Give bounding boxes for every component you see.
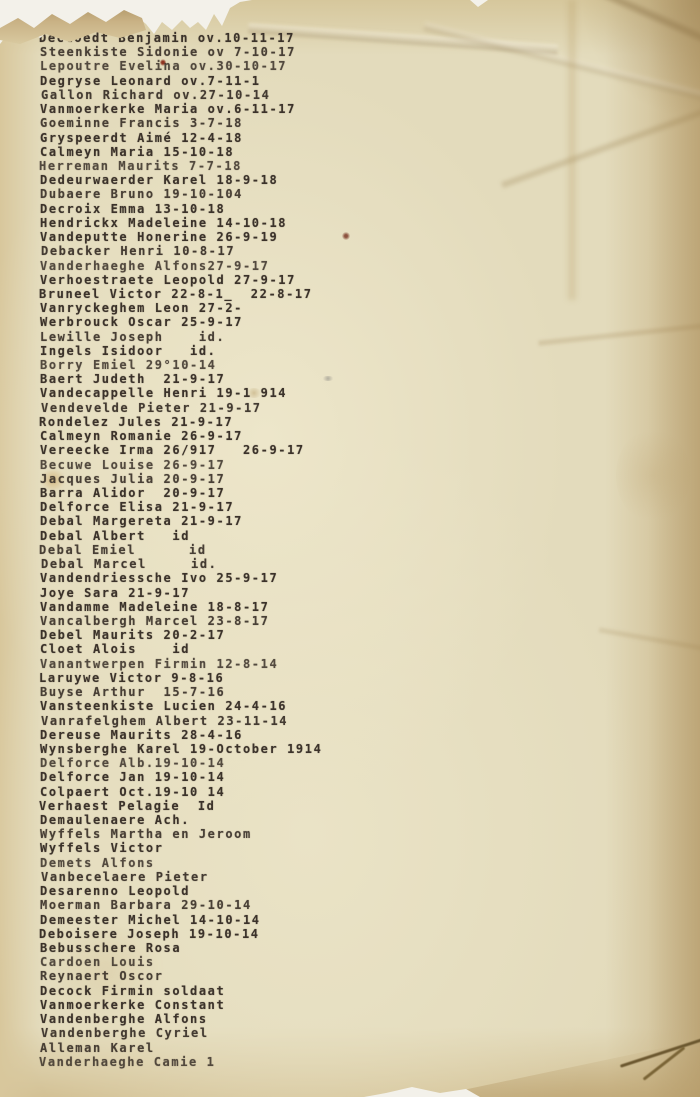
crease-line <box>538 319 700 345</box>
list-item: Vandenberghe Cyriel <box>41 1026 460 1040</box>
list-item: Delforce Elisa 21-9-17 <box>40 500 460 514</box>
list-item: Decroix Emma 13-10-18 <box>40 202 460 216</box>
list-item: Vanryckeghem Leon 27-2- <box>40 301 460 315</box>
list-item: Demets Alfons <box>40 856 460 870</box>
list-item: Gallon Richard ov.27-10-14 <box>41 88 460 102</box>
list-item: Herreman Maurits 7-7-18 <box>39 159 460 173</box>
list-item: Alleman Karel <box>40 1041 460 1055</box>
list-item: Vanmoerkerke Maria ov.6-11-17 <box>40 102 460 116</box>
right-edge-shading <box>648 0 700 1097</box>
crease-line <box>423 22 700 101</box>
corner-shading <box>580 0 700 120</box>
list-item: Verhaest Pelagie Id <box>39 799 460 813</box>
paper-stain <box>616 428 690 523</box>
list-item: Debel Maurits 20-2-17 <box>40 628 460 642</box>
list-item: Calmeyn Maria 15-10-18 <box>40 145 460 159</box>
crease-line <box>568 0 576 300</box>
list-item: Vanmoerkerke Constant <box>40 998 460 1012</box>
list-item: Moerman Barbara 29-10-14 <box>40 898 460 912</box>
list-item: Baert Judeth 21-9-17 <box>40 372 460 386</box>
list-item: Jacques Julia 20-9-17 <box>40 472 460 486</box>
crease-line <box>599 627 700 657</box>
list-item: Gryspeerdt Aimé 12-4-18 <box>40 131 460 145</box>
list-item: Joye Sara 21-9-17 <box>40 586 460 600</box>
list-item: Vansteenkiste Lucien 24-4-16 <box>40 699 460 713</box>
scan-background: { "lines": [ "Decloedt Benjamin ov.10-11… <box>0 0 700 1097</box>
list-item: Decock Firmin soldaat <box>40 984 460 998</box>
list-item: Ingels Isidoor id. <box>40 344 460 358</box>
list-item: Wynsberghe Karel 19-October 1914 <box>40 742 460 756</box>
list-item: Debal Albert id <box>40 529 460 543</box>
list-item: Debal Marcel id. <box>41 557 460 571</box>
list-item: Vereecke Irma 26/917 26-9-17 <box>40 443 460 457</box>
list-item: Vandendriessche Ivo 25-9-17 <box>40 571 460 585</box>
list-item: Buyse Arthur 15-7-16 <box>40 685 460 699</box>
list-item: Lewille Joseph id. <box>40 330 460 344</box>
list-item: Steenkiste Sidonie ov 7-10-17 <box>40 45 460 59</box>
list-item: Becuwe Louise 26-9-17 <box>40 458 460 472</box>
list-item: Debal Margereta 21-9-17 <box>40 514 460 528</box>
list-item: Lepoutre Evelina ov.30-10-17 <box>40 59 460 73</box>
list-item: Degryse Leonard ov.7-11-1 <box>40 74 460 88</box>
list-item: Delforce Jan 19-10-14 <box>40 770 460 784</box>
list-item: Delforce Alb.19-10-14 <box>40 756 460 770</box>
list-item: Vandeputte Honerine 26-9-19 <box>40 230 460 244</box>
list-item: Vendevelde Pieter 21-9-17 <box>41 401 460 415</box>
list-item: Dubaere Bruno 19-10-104 <box>40 187 460 201</box>
list-item: Vanantwerpen Firmin 12-8-14 <box>40 657 460 671</box>
list-item: Desarenno Leopold <box>40 884 460 898</box>
paper-sheet: Decloedt Benjamin ov.10-11-17Steenkiste … <box>0 0 700 1097</box>
list-item: Cloet Alois id <box>40 642 460 656</box>
list-item: Calmeyn Romanie 26-9-17 <box>40 429 460 443</box>
list-item: Barra Alidor 20-9-17 <box>40 486 460 500</box>
list-item: Vandenberghe Alfons <box>40 1012 460 1026</box>
list-item: Bebusschere Rosa <box>40 941 460 955</box>
list-item: Demaulenaere Ach. <box>40 813 460 827</box>
list-item: Hendrickx Madeleine 14-10-18 <box>40 216 460 230</box>
name-list: Decloedt Benjamin ov.10-11-17Steenkiste … <box>40 31 460 1069</box>
list-item: Wyffels Martha en Jeroom <box>40 827 460 841</box>
list-item: Borry Emiel 29°10-14 <box>40 358 460 372</box>
list-item: Vanderhaeghe Alfons27-9-17 <box>40 259 460 273</box>
list-item: Vanbecelaere Pieter <box>41 870 460 884</box>
crease-line <box>501 102 700 188</box>
list-item: Bruneel Victor 22-8-1_ 22-8-17 <box>39 287 460 301</box>
crease-line <box>562 0 700 50</box>
list-item: Reynaert Oscor <box>40 969 460 983</box>
list-item: Colpaert Oct.19-10 14 <box>40 785 460 799</box>
list-item: Debal Emiel id <box>39 543 460 557</box>
list-item: Cardoen Louis <box>40 955 460 969</box>
list-item: Vandamme Madeleine 18-8-17 <box>40 600 460 614</box>
list-item: Demeester Michel 14-10-14 <box>40 913 460 927</box>
list-item: Dedeurwaerder Karel 18-9-18 <box>40 173 460 187</box>
list-item: Vanderhaeghe Camie 1 <box>39 1055 460 1069</box>
list-item: Debacker Henri 10-8-17 <box>41 244 460 258</box>
list-item: Rondelez Jules 21-9-17 <box>39 415 460 429</box>
list-item: Vancalbergh Marcel 23-8-17 <box>40 614 460 628</box>
list-item: Vanrafelghem Albert 23-11-14 <box>41 714 460 728</box>
list-item: Laruywe Victor 9-8-16 <box>39 671 460 685</box>
list-item: Vandecappelle Henri 19-1 914 <box>40 386 460 400</box>
list-item: Dereuse Maurits 28-4-16 <box>40 728 460 742</box>
list-item: Wyffels Victor <box>40 841 460 855</box>
list-item: Verhoestraete Leopold 27-9-17 <box>40 273 460 287</box>
list-item: Goeminne Francis 3-7-18 <box>40 116 460 130</box>
list-item: Werbrouck Oscar 25-9-17 <box>40 315 460 329</box>
list-item: Deboisere Joseph 19-10-14 <box>39 927 460 941</box>
